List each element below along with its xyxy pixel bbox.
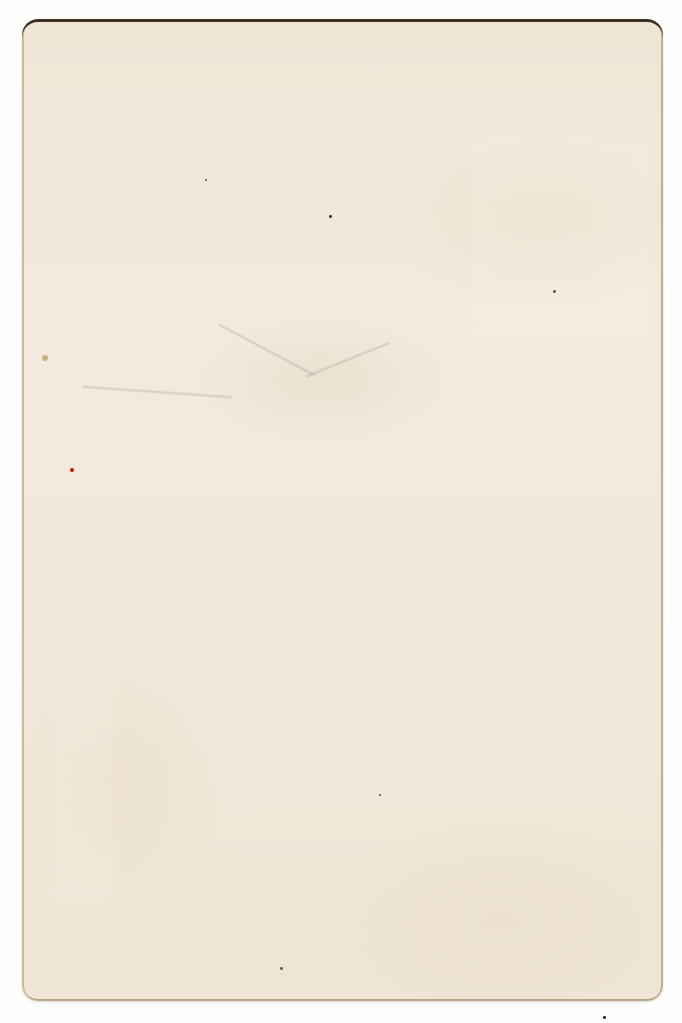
scuff-mark bbox=[305, 342, 389, 378]
speck bbox=[379, 794, 381, 796]
speck bbox=[280, 967, 283, 970]
photo-scene bbox=[0, 0, 682, 1023]
red-fleck bbox=[70, 468, 74, 472]
yellow-stain bbox=[42, 355, 48, 361]
scuff-mark bbox=[82, 386, 232, 398]
surface-abrasion-top-right bbox=[472, 139, 652, 339]
speck bbox=[603, 1016, 606, 1019]
surface-abrasion-left bbox=[54, 679, 114, 899]
scuff-mark bbox=[218, 323, 316, 376]
speck bbox=[553, 290, 556, 293]
speck bbox=[329, 215, 332, 218]
cabinet-card-back bbox=[22, 19, 663, 1001]
speck bbox=[205, 179, 207, 181]
